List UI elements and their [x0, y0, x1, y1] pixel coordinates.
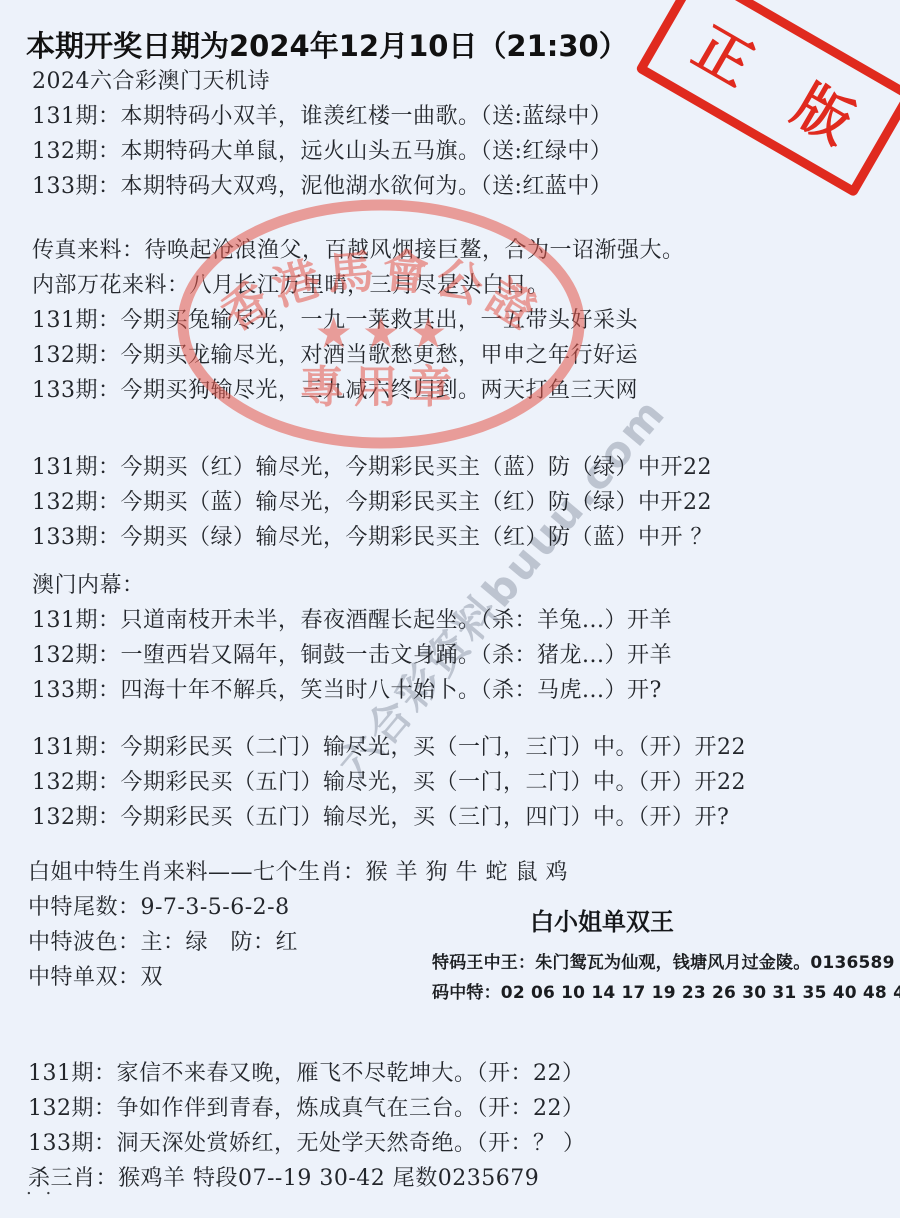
authenticity-stamp: 正 版 [635, 0, 900, 197]
text-line: 白姐中特生肖来料——七个生肖：猴 羊 狗 牛 蛇 鼠 鸡 [28, 855, 568, 890]
text-line: 131期：只道南枝开未半，春夜酒醒长起坐。（杀：羊兔...）开羊 [32, 603, 672, 638]
text-line: 133期：今期买狗输尽光，三九减六终归到。两天打鱼三天网 [32, 373, 685, 408]
section-men: 131期：今期彩民买（二门）输尽光，买（一门，三门）中。（开）开22 132期：… [32, 730, 746, 835]
text-line: 131期：今期买（红）输尽光，今期彩民买主（蓝）防（绿）中开22 [32, 450, 713, 485]
text-line: 132期：今期买龙输尽光，对酒当歌愁更愁，甲申之年行好运 [32, 338, 685, 373]
page-title: 本期开奖日期为2024年12月10日（21:30） [26, 24, 628, 65]
section-neimu: 澳门内幕： 131期：只道南枝开未半，春夜酒醒长起坐。（杀：羊兔...）开羊 1… [32, 568, 672, 708]
section-baixiaojie: 白小姐单双王 特码王中王：朱门鸳瓦为仙观，钱塘风月过金陵。0136589 码中特… [432, 904, 900, 1008]
section-tianjishi: 2024六合彩澳门天机诗 131期：本期特码小双羊，谁羡红楼一曲歌。（送:蓝绿中… [32, 64, 612, 204]
text-line: 132期：一堕西岩又隔年，铜鼓一击文身踊。（杀：猪龙...）开羊 [32, 638, 672, 673]
text-line: 132期：今期买（蓝）输尽光，今期彩民买主（红）防（绿）中开22 [32, 485, 713, 520]
text-line: 特码王中王：朱门鸳瓦为仙观，钱塘风月过金陵。0136589 [432, 948, 900, 978]
text-line: 133期：四海十年不解兵，笑当时八十始卜。（杀：马虎...）开? [32, 673, 672, 708]
text-line: 传真来料：待唤起沧浪渔父，百越风烟接巨鳌，合为一诏渐强大。 [32, 233, 685, 268]
text-line: 131期：家信不来春又晚，雁飞不尽乾坤大。（开：22） [28, 1056, 586, 1091]
text-line: 131期：本期特码小双羊，谁羡红楼一曲歌。（送:蓝绿中） [32, 99, 612, 134]
text-line: 132期：今期彩民买（五门）输尽光，买（一门，二门）中。（开）开22 [32, 765, 746, 800]
section-bottom: 131期：家信不来春又晚，雁飞不尽乾坤大。（开：22） 132期：争如作伴到青春… [28, 1056, 586, 1196]
text-line: 132期：本期特码大单鼠，远火山头五马旗。（送:红绿中） [32, 134, 612, 169]
text-line: 131期：今期彩民买（二门）输尽光，买（一门，三门）中。（开）开22 [32, 730, 746, 765]
footnote-dots: . . [26, 1178, 55, 1199]
text-line: 内部万花来料：八月长江万里晴，三月尽是头白日。 [32, 268, 685, 303]
section-lailiao: 传真来料：待唤起沧浪渔父，百越风烟接巨鳌，合为一诏渐强大。 内部万花来料：八月长… [32, 233, 685, 408]
text-line: 131期：今期买兔输尽光，一九一莱救其出，一五带头好采头 [32, 303, 685, 338]
text-line: 133期：今期买（绿）输尽光，今期彩民买主（红）防（蓝）中开 ？ [32, 520, 713, 555]
text-line: 133期：本期特码大双鸡，泥他湖水欲何为。（送:红蓝中） [32, 169, 612, 204]
text-line: 132期：争如作伴到青春，炼成真气在三台。（开：22） [28, 1091, 586, 1126]
section-header: 2024六合彩澳门天机诗 [32, 64, 612, 99]
text-line: 码中特：02 06 10 14 17 19 23 26 30 31 35 40 … [432, 978, 900, 1008]
text-line: 132期：今期彩民买（五门）输尽光，买（三门，四门）中。（开）开? [32, 800, 746, 835]
section-header: 澳门内幕： [32, 568, 672, 603]
section-title: 白小姐单双王 [432, 904, 772, 940]
text-line: 杀三肖：猴鸡羊 特段07--19 30-42 尾数0235679 [28, 1161, 586, 1196]
section-secai: 131期：今期买（红）输尽光，今期彩民买主（蓝）防（绿）中开22 132期：今期… [32, 450, 713, 555]
text-line: 133期：洞天深处赏娇红，无处学天然奇绝。（开：？ ） [28, 1126, 586, 1161]
